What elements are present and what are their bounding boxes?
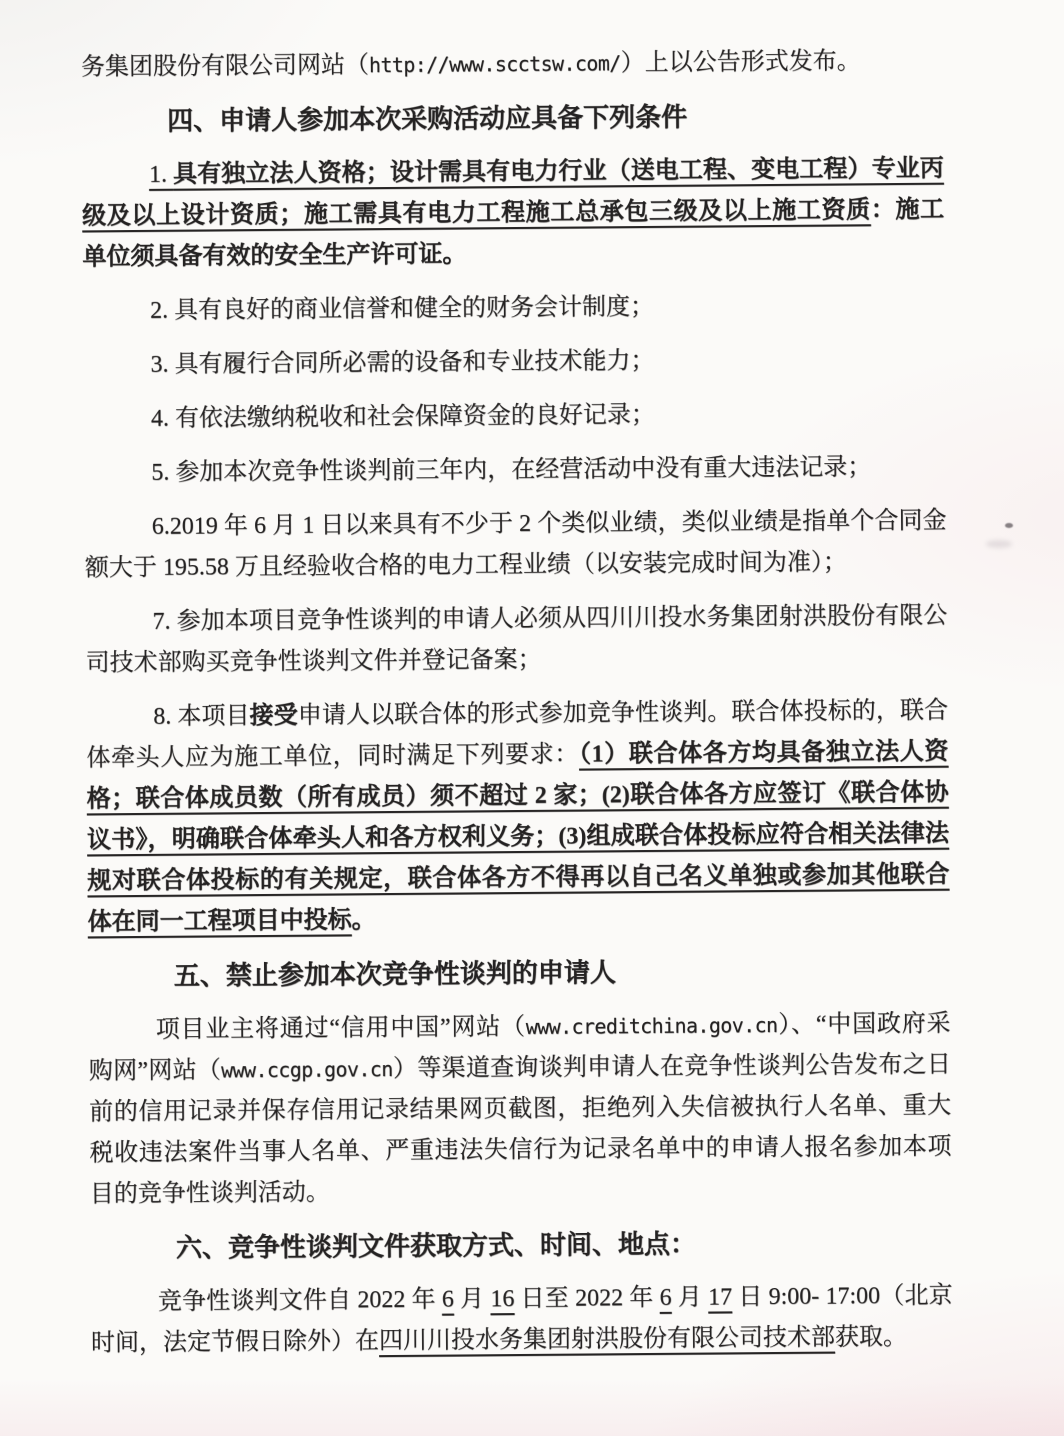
- text-segment: 竞争性谈判文件自 2022 年: [158, 1287, 442, 1315]
- condition-7: 7. 参加本项目竞争性谈判的申请人必须从四川川投水务集团射洪股份有限公司技术部购…: [85, 596, 948, 685]
- page-continuation-line: 务集团股份有限公司网站（http://www.scctsw.com/）上以公告形…: [81, 41, 943, 89]
- text-segment: www.ccgp.gov.cn: [221, 1057, 393, 1082]
- text-segment: 6: [442, 1287, 454, 1313]
- text-segment: 获取。: [835, 1324, 907, 1351]
- text-segment: 。: [352, 907, 376, 933]
- text-segment: 17: [708, 1284, 732, 1310]
- section-5-heading: 五、禁止参加本次竞争性谈判的申请人: [88, 950, 950, 998]
- text-segment: 6: [659, 1285, 671, 1311]
- text-segment: 2. 具有良好的商业信誉和健全的财务会计制度；: [150, 294, 654, 324]
- condition-4: 4. 有依法缴纳税收和社会保障资金的良好记录；: [84, 393, 946, 441]
- text-segment: 8. 本项目: [153, 703, 250, 730]
- condition-5: 5. 参加本次竞争性谈判前三年内，在经营活动中没有重大违法记录；: [84, 447, 946, 495]
- text-segment: 四川川投水务集团射洪股份有限公司技术部: [379, 1325, 835, 1355]
- section-4-heading: 四、申请人参加本次采购活动应具备下列条件: [81, 95, 943, 143]
- text-segment: 3. 具有履行合同所必需的设备和专业技术能力；: [150, 348, 654, 378]
- text-segment: 务集团股份有限公司网站（: [81, 52, 369, 80]
- text-segment: 五、禁止参加本次竞争性谈判的申请人: [174, 958, 616, 990]
- text-segment: 月: [671, 1285, 708, 1311]
- text-segment: www.creditchina.gov.cn: [526, 1013, 778, 1039]
- text-segment: 接受: [249, 703, 297, 729]
- text-segment: 项目业主将通过“信用中国”网站（: [156, 1014, 526, 1043]
- text-segment: http://www.scctsw.com/: [369, 51, 621, 77]
- scanned-document-page: 务集团股份有限公司网站（http://www.scctsw.com/）上以公告形…: [0, 0, 1064, 1436]
- text-segment: 日至 2022 年: [514, 1285, 659, 1312]
- text-segment: 月: [454, 1286, 491, 1312]
- text-segment: 16: [490, 1286, 514, 1312]
- scan-speck-artifact: [1005, 523, 1013, 528]
- text-segment: 六、竞争性谈判文件获取方式、时间、地点：: [176, 1230, 696, 1263]
- condition-6: 6.2019 年 6 月 1 日以来具有不少于 2 个类似业绩，类似业绩是指单个…: [84, 501, 947, 590]
- document-body: 务集团股份有限公司网站（http://www.scctsw.com/）上以公告形…: [81, 41, 953, 1378]
- text-segment: 4. 有依法缴纳税收和社会保障资金的良好记录；: [151, 402, 655, 432]
- scan-smudge-artifact: [986, 540, 1012, 548]
- text-segment: 6.2019 年 6 月 1 日以来具有不少于 2 个类似业绩，类似业绩是指单个…: [85, 508, 947, 582]
- text-segment: 5. 参加本次竞争性谈判前三年内，在经营活动中没有重大违法记录；: [151, 454, 871, 486]
- section-5-paragraph: 项目业主将通过“信用中国”网站（www.creditchina.gov.cn）、…: [88, 1004, 952, 1216]
- condition-1: 1. 具有独立法人资格；设计需具有电力行业（送电工程、变电工程）专业丙级及以上设…: [82, 149, 945, 279]
- text-segment: ）上以公告形式发布。: [621, 48, 861, 76]
- text-segment: ：: [871, 197, 896, 223]
- condition-3: 3. 具有履行合同所必需的设备和专业技术能力；: [83, 339, 945, 387]
- condition-8: 8. 本项目接受申请人以联合体的形式参加竞争性谈判。联合体投标的，联合体牵头人应…: [86, 691, 950, 944]
- text-segment: 具有独立法人资格；设计需具有电力行业（送电工程、变电工程）专业丙级及以上设计资质…: [82, 156, 944, 230]
- section-6-heading: 六、竞争性谈判文件获取方式、时间、地点：: [90, 1222, 952, 1270]
- text-segment: 1.: [149, 162, 173, 188]
- text-segment: 7. 参加本项目竞争性谈判的申请人必须从四川川投水务集团射洪股份有限公司技术部购…: [86, 603, 948, 677]
- section-6-paragraph: 竞争性谈判文件自 2022 年 6 月 16 日至 2022 年 6 月 17 …: [90, 1276, 953, 1365]
- text-segment: 四、申请人参加本次采购活动应具备下列条件: [167, 103, 687, 136]
- condition-2: 2. 具有良好的商业信誉和健全的财务会计制度；: [83, 285, 945, 333]
